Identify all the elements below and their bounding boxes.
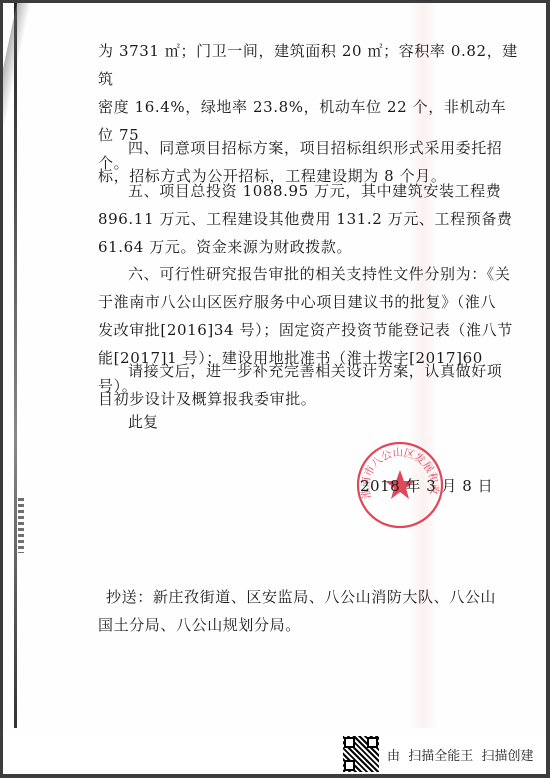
cc-recipients: 新庄孜街道、区安监局、八公山消防大队、八公山 bbox=[153, 588, 496, 606]
text-line: 五、项目总投资 1088.95 万元，其中建筑安装工程费 bbox=[98, 177, 518, 205]
binding-edge bbox=[14, 3, 17, 728]
text-line: 目初步设计及概算报我委审批。 bbox=[98, 385, 518, 413]
text-line: 61.64 万元。资金来源为财政拨款。 bbox=[98, 233, 518, 261]
scanned-page: 为 3731 ㎡；门卫一间，建筑面积 20 ㎡；容积率 0.82，建筑 密度 1… bbox=[3, 3, 546, 774]
scanner-watermark: 由 扫描全能王 扫描创建 bbox=[343, 734, 546, 774]
cc-list: 抄送：新庄孜街道、区安监局、八公山消防大队、八公山 国土分局、八公山规划分局。 bbox=[98, 583, 518, 639]
text-line: 六、可行性研究报告审批的相关支持性文件分别为：《关 bbox=[98, 260, 518, 288]
document-viewer: 为 3731 ㎡；门卫一间，建筑面积 20 ㎡；容积率 0.82，建筑 密度 1… bbox=[0, 0, 550, 778]
qr-code-icon bbox=[343, 736, 379, 772]
cc-label: 抄送： bbox=[106, 588, 153, 606]
issue-date: 2018 年 3 月 8 日 bbox=[360, 475, 493, 496]
text-line: 发改审批[2016]34 号）；固定资产投资节能登记表（淮八节 bbox=[98, 316, 518, 344]
scan-area: 为 3731 ㎡；门卫一间，建筑面积 20 ㎡；容积率 0.82，建筑 密度 1… bbox=[3, 3, 546, 733]
text-line: 为 3731 ㎡；门卫一间，建筑面积 20 ㎡；容积率 0.82，建筑 bbox=[98, 37, 518, 93]
text-line: 896.11 万元、工程建设其他费用 131.2 万元、工程预备费 bbox=[98, 205, 518, 233]
text-line: 抄送：新庄孜街道、区安监局、八公山消防大队、八公山 bbox=[98, 583, 518, 611]
text-line: 四、同意项目招标方案，项目招标组织形式采用委托招 bbox=[98, 134, 518, 162]
text-line: 于淮南市八公山区医疗服务中心项目建议书的批复》（淮八 bbox=[98, 288, 518, 316]
watermark-text: 由 扫描全能王 扫描创建 bbox=[387, 745, 534, 764]
text-line: 国土分局、八公山规划分局。 bbox=[98, 611, 518, 639]
binding-shadow bbox=[3, 3, 31, 133]
paragraph-investment: 五、项目总投资 1088.95 万元，其中建筑安装工程费 896.11 万元、工… bbox=[98, 177, 518, 261]
closing-text: 此复 bbox=[128, 411, 158, 432]
binding-marks bbox=[18, 498, 24, 553]
paragraph-request: 请接文后，进一步补充完善相关设计方案，认真做好项 目初步设计及概算报我委审批。 bbox=[98, 357, 518, 413]
text-line: 请接文后，进一步补充完善相关设计方案，认真做好项 bbox=[98, 357, 518, 385]
